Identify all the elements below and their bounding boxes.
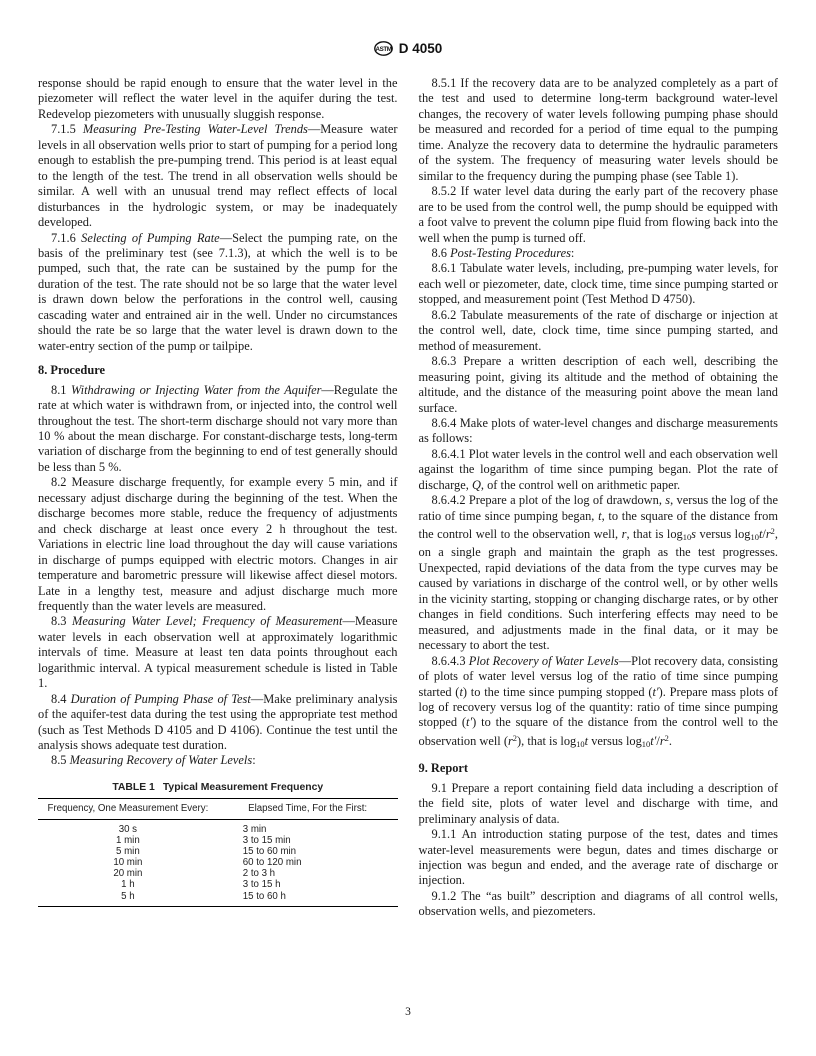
table-cell: 15 to 60 h xyxy=(218,891,398,907)
table-row: 30 s3 min xyxy=(38,819,398,835)
paragraph: 8.6.1 Tabulate water levels, including, … xyxy=(419,261,779,307)
paragraph: 8.2 Measure discharge frequently, for ex… xyxy=(38,475,398,614)
paragraph: 8.3 Measuring Water Level; Frequency of … xyxy=(38,614,398,691)
table-cell: 5 min xyxy=(38,846,218,857)
paragraph: 8.6.4 Make plots of water-level changes … xyxy=(419,416,779,447)
paragraph: 7.1.6 Selecting of Pumping Rate—Select t… xyxy=(38,231,398,355)
table-cell: 3 min xyxy=(218,819,398,835)
table-cell: 2 to 3 h xyxy=(218,868,398,879)
table-cell: 5 h xyxy=(38,891,218,907)
table-cell: 3 to 15 min xyxy=(218,835,398,846)
table-row: 5 h15 to 60 h xyxy=(38,891,398,907)
astm-logo-icon: ASTM xyxy=(374,41,393,56)
table-row: 20 min2 to 3 h xyxy=(38,868,398,879)
paragraph: 8.4 Duration of Pumping Phase of Test—Ma… xyxy=(38,692,398,754)
table-cell: 1 min xyxy=(38,835,218,846)
document-page: ASTM D 4050 response should be rapid eno… xyxy=(0,0,816,1056)
paragraph: 8.6.4.2 Prepare a plot of the log of dra… xyxy=(419,493,779,653)
page-content: response should be rapid enough to ensur… xyxy=(38,76,778,920)
paragraph: 8.5.2 If water level data during the ear… xyxy=(419,184,779,246)
left-column: response should be rapid enough to ensur… xyxy=(38,76,398,920)
right-column: 8.5.1 If the recovery data are to be ana… xyxy=(419,76,779,920)
paragraph: 8.1 Withdrawing or Injecting Water from … xyxy=(38,383,398,476)
table-title-label: TABLE 1 xyxy=(112,782,155,793)
paragraph: 8.6.4.1 Plot water levels in the control… xyxy=(419,447,779,493)
table-cell: 30 s xyxy=(38,819,218,835)
table-title-text: Typical Measurement Frequency xyxy=(163,782,323,793)
table-cell: 20 min xyxy=(38,868,218,879)
doc-number: D 4050 xyxy=(399,41,443,56)
table-row: 5 min15 to 60 min xyxy=(38,846,398,857)
section-heading: 8. Procedure xyxy=(38,363,398,378)
table-column-header: Frequency, One Measurement Every: xyxy=(38,798,218,819)
paragraph: 8.5 Measuring Recovery of Water Levels: xyxy=(38,753,398,768)
paragraph: 8.5.1 If the recovery data are to be ana… xyxy=(419,76,779,184)
table-cell: 10 min xyxy=(38,857,218,868)
measurement-frequency-table: TABLE 1Typical Measurement FrequencyFreq… xyxy=(38,782,398,907)
table-cell: 15 to 60 min xyxy=(218,846,398,857)
page-number: 3 xyxy=(0,1006,816,1018)
page-header: ASTM D 4050 xyxy=(0,41,816,56)
section-heading: 9. Report xyxy=(419,761,779,776)
table-row: 1 h3 to 15 h xyxy=(38,879,398,890)
table-cell: 3 to 15 h xyxy=(218,879,398,890)
table-cell: 60 to 120 min xyxy=(218,857,398,868)
paragraph: 9.1.2 The “as built” description and dia… xyxy=(419,889,779,920)
paragraph: 8.6.2 Tabulate measurements of the rate … xyxy=(419,308,779,354)
paragraph: 7.1.5 Measuring Pre-Testing Water-Level … xyxy=(38,122,398,230)
paragraph: 9.1.1 An introduction stating purpose of… xyxy=(419,827,779,889)
paragraph: 9.1 Prepare a report containing field da… xyxy=(419,781,779,827)
paragraph: 8.6.4.3 Plot Recovery of Water Levels—Pl… xyxy=(419,654,779,753)
svg-text:ASTM: ASTM xyxy=(375,46,391,53)
paragraph: response should be rapid enough to ensur… xyxy=(38,76,398,122)
table-row: 10 min60 to 120 min xyxy=(38,857,398,868)
paragraph: 8.6 Post-Testing Procedures: xyxy=(419,246,779,261)
table-row: 1 min3 to 15 min xyxy=(38,835,398,846)
table-cell: 1 h xyxy=(38,879,218,890)
table-title: TABLE 1Typical Measurement Frequency xyxy=(38,782,398,794)
table-column-header: Elapsed Time, For the First: xyxy=(218,798,398,819)
paragraph: 8.6.3 Prepare a written description of e… xyxy=(419,354,779,416)
